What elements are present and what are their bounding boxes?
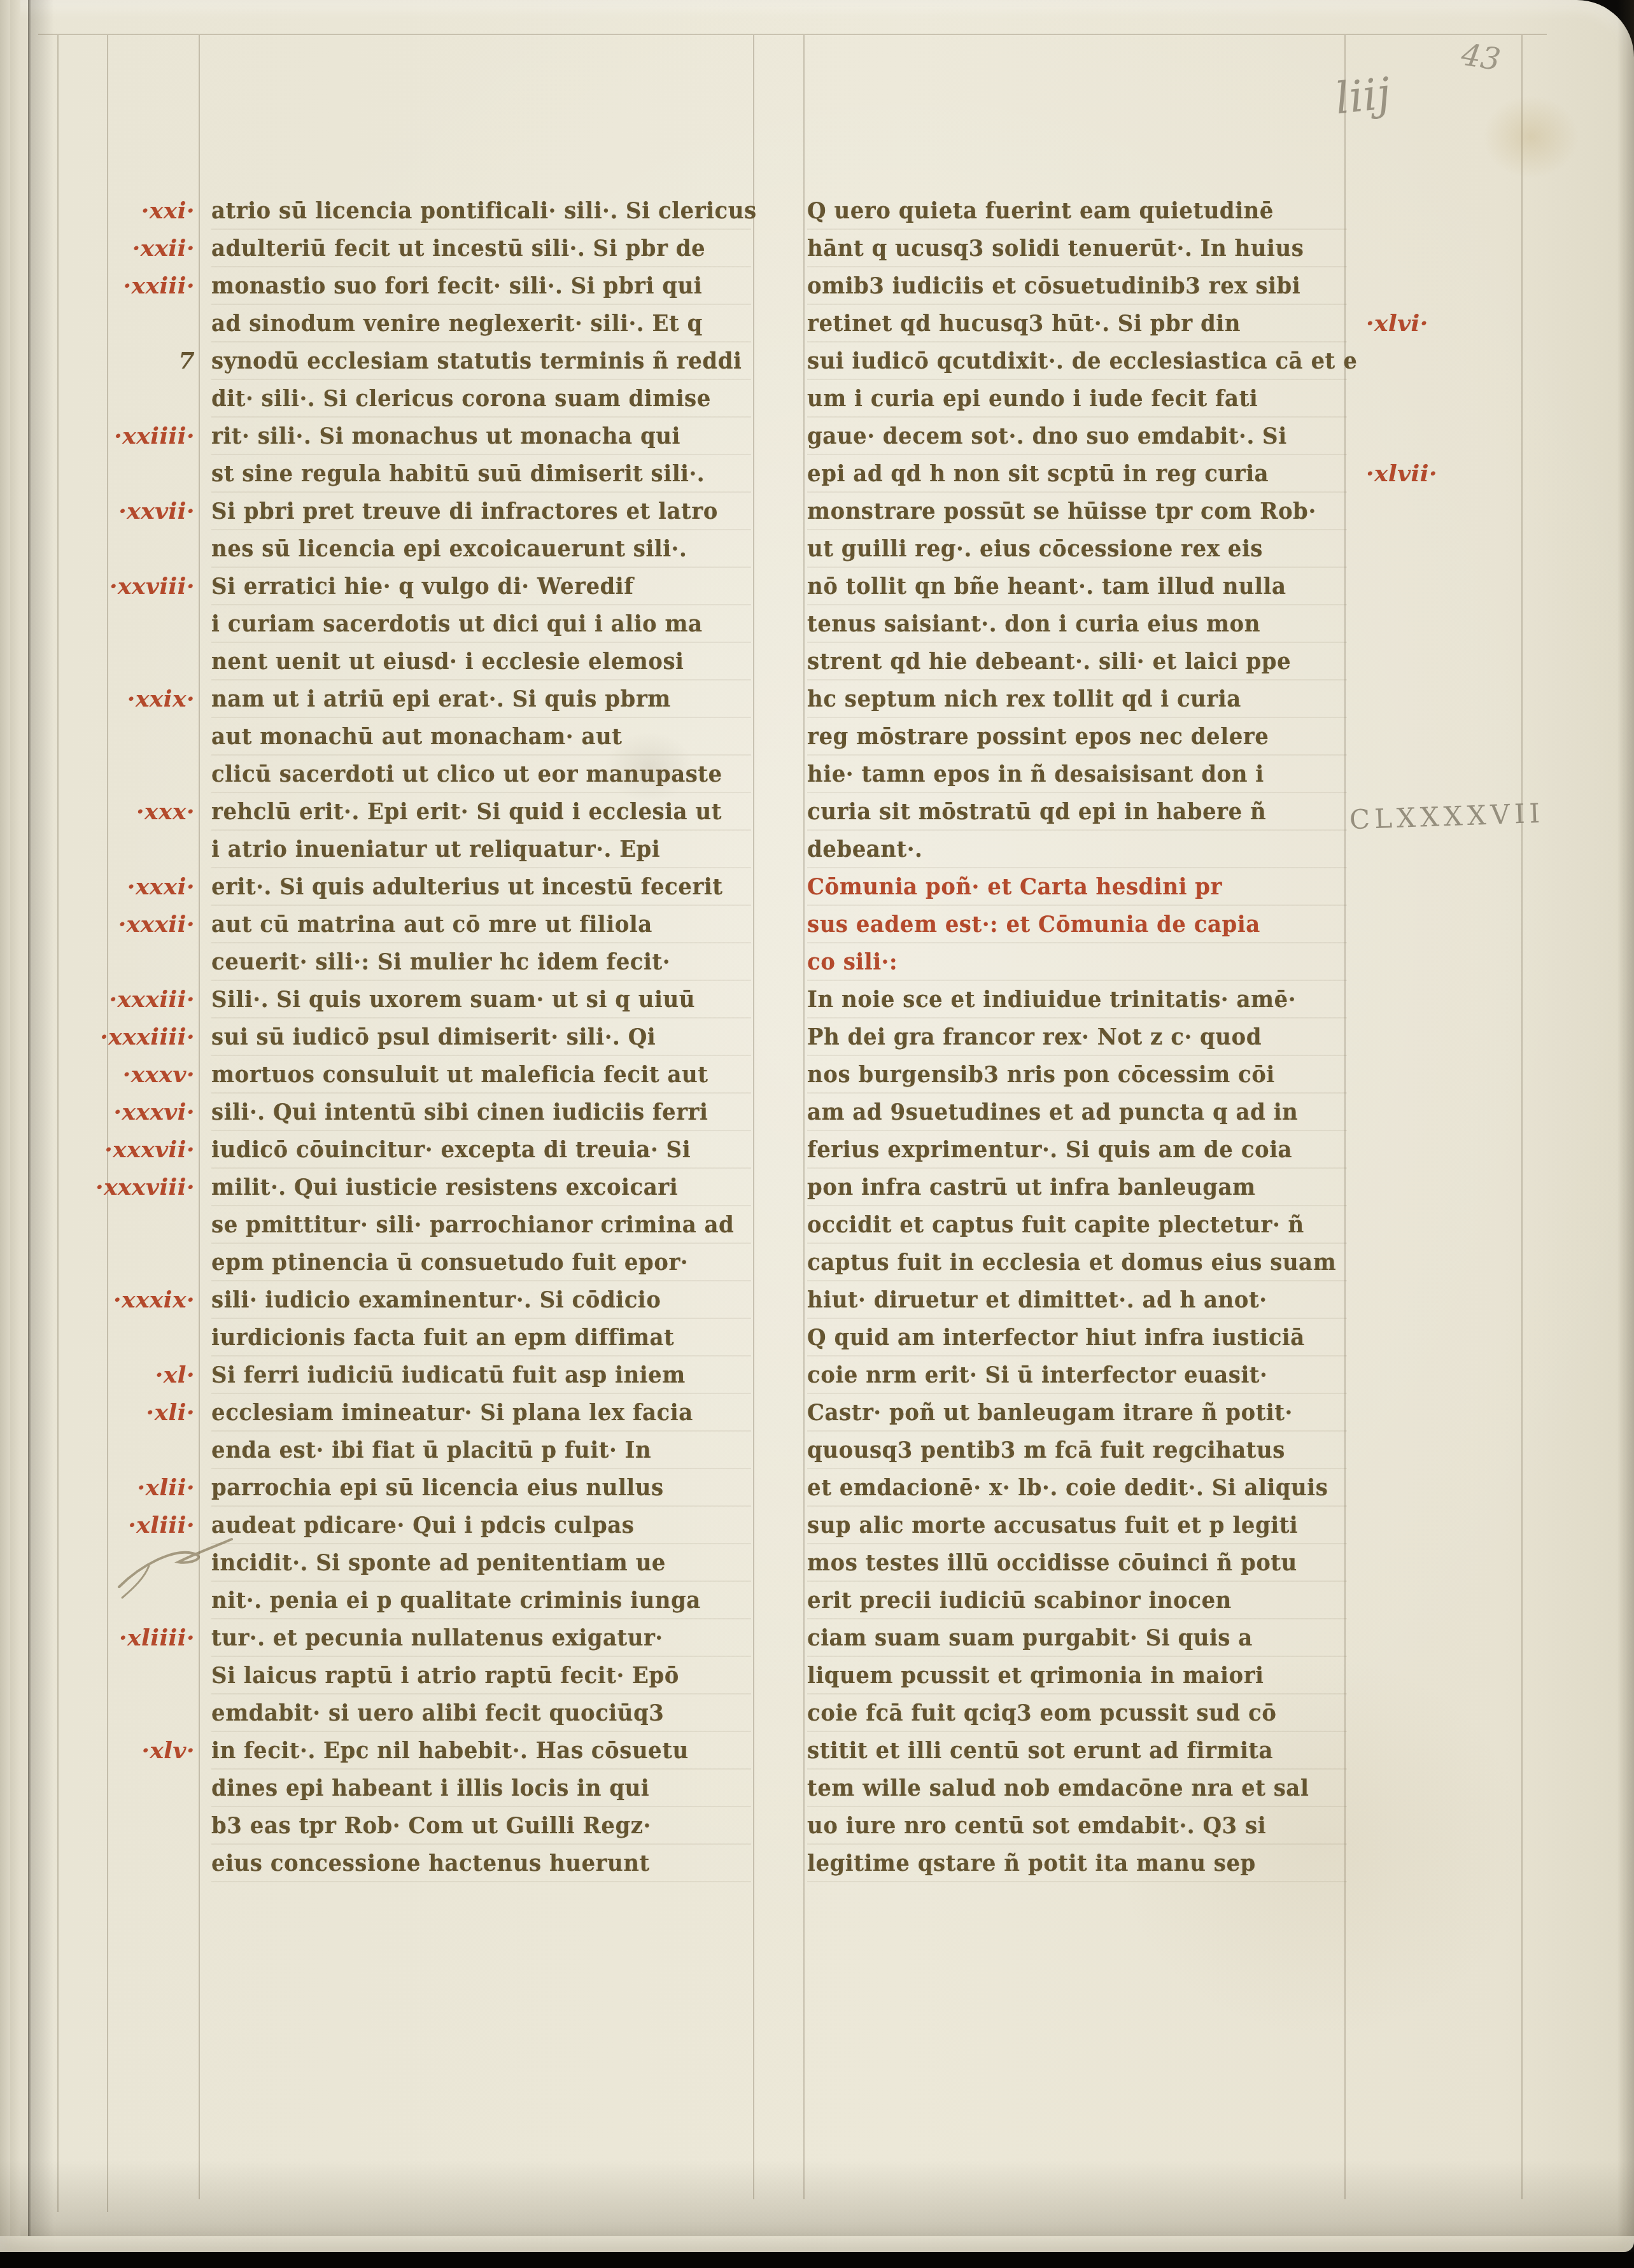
text-line: enda est· ibi fiat ū placitū p fuit· In bbox=[211, 1432, 751, 1469]
text-line: epi ad qd h non sit scptū in reg curia·x… bbox=[807, 455, 1347, 493]
margin-numeral: ·xxxviii· bbox=[95, 1169, 195, 1206]
line-text: iurdicionis facta fuit an epm diffimat bbox=[211, 1318, 674, 1358]
text-line: epm ptinencia ū consuetudo fuit epor· bbox=[211, 1244, 751, 1281]
line-text: quousq3 pentib3 m fcā fuit regcihatus bbox=[807, 1430, 1285, 1470]
text-line: ·xxix·nam ut i atriū epi erat·. Si quis … bbox=[211, 680, 751, 718]
text-line: se pmittitur· sili· parrochianor crimina… bbox=[211, 1206, 751, 1244]
line-text: Si erratici hie· q vulgo di· Weredif bbox=[211, 567, 633, 607]
line-text: synodū ecclesiam statutis terminis ñ red… bbox=[211, 341, 742, 381]
rubric-line: co sili·: bbox=[807, 943, 1347, 981]
line-text: Ph dei gra francor rex· Not z c· quod bbox=[807, 1017, 1262, 1057]
parchment-stain bbox=[1483, 95, 1579, 178]
text-line: Q quid am interfector hiut infra iustici… bbox=[807, 1319, 1347, 1356]
line-text: erit·. Si quis adulterius ut incestū fec… bbox=[211, 867, 722, 907]
line-text: enda est· ibi fiat ū placitū p fuit· In bbox=[211, 1430, 651, 1470]
text-line: ·xxxvii·iudicō cōuincitur· excepta di tr… bbox=[211, 1131, 751, 1169]
line-text: captus fuit in ecclesia et domus eius su… bbox=[807, 1243, 1336, 1283]
line-text: parrochia epi sū licencia eius nullus bbox=[211, 1468, 664, 1508]
line-text: nos burgensib3 nris pon cōcessim cōi bbox=[807, 1055, 1275, 1095]
line-text: Si laicus raptū i atrio raptū fecit· Epō bbox=[211, 1656, 679, 1696]
line-text: Si pbri pret treuve di infractores et la… bbox=[211, 491, 718, 532]
line-text: rit· sili·. Si monachus ut monacha qui bbox=[211, 416, 680, 456]
line-text: liquem pcussit et qrimonia in maiori bbox=[807, 1656, 1264, 1696]
text-line: hie· tamn epos in ñ desaisisant don i bbox=[807, 756, 1347, 793]
line-text: hc septum nich rex tollit qd i curia bbox=[807, 679, 1241, 719]
text-line: dit· sili·. Si clericus corona suam dimi… bbox=[211, 380, 751, 418]
text-line: ciam suam suam purgabit· Si quis a bbox=[807, 1619, 1347, 1657]
text-line: nō tollit qn bñe heant·. tam illud nulla bbox=[807, 568, 1347, 605]
text-line: ·xlii·parrochia epi sū licencia eius nul… bbox=[211, 1469, 751, 1507]
text-line: ·xxxix·sili· iudicio examinentur·. Si cō… bbox=[211, 1281, 751, 1319]
text-line: ad sinodum venire neglexerit· sili·. Et … bbox=[211, 305, 751, 342]
text-line: ·xli·ecclesiam imineatur· Si plana lex f… bbox=[211, 1394, 751, 1432]
text-line: nos burgensib3 nris pon cōcessim cōi bbox=[807, 1056, 1347, 1094]
line-text: in fecit·. Epc nil habebit·. Has cōsuetu bbox=[211, 1731, 689, 1771]
text-line: debeant·. bbox=[807, 831, 1347, 868]
line-text: In noie sce et indiuidue trinitatis· amē… bbox=[807, 980, 1296, 1020]
gutter-fold-shadow bbox=[32, 0, 53, 2236]
line-text: strent qd hie debeant·. sili· et laici p… bbox=[807, 642, 1291, 682]
text-line: Castr· poñ ut banleugam itrare ñ potit· bbox=[807, 1394, 1347, 1432]
margin-numeral: ·xxix· bbox=[127, 680, 195, 718]
line-text: stitit et illi centū sot erunt ad firmit… bbox=[807, 1731, 1273, 1771]
margin-numeral: ·xxxi· bbox=[127, 868, 195, 906]
ruling-line-vertical bbox=[803, 35, 805, 2199]
ruling-line-vertical bbox=[753, 35, 754, 2199]
line-text: nam ut i atriū epi erat·. Si quis pbrm bbox=[211, 679, 671, 719]
text-line: omib3 iudiciis et cōsuetudinib3 rex sibi bbox=[807, 267, 1347, 305]
text-line: eius concessione hactenus huerunt bbox=[211, 1845, 751, 1882]
text-line: ferius exprimentur·. Si quis am de coia bbox=[807, 1131, 1347, 1169]
text-line: strent qd hie debeant·. sili· et laici p… bbox=[807, 643, 1347, 680]
line-text: se pmittitur· sili· parrochianor crimina… bbox=[211, 1205, 734, 1245]
margin-numeral: ·xxxix· bbox=[113, 1281, 195, 1319]
line-text: nit·. penia ei p qualitate criminis iung… bbox=[211, 1581, 701, 1621]
line-text: Sili·. Si quis uxorem suam· ut si q uiuū bbox=[211, 980, 695, 1020]
line-text: tem wille salud nob emdacōne nra et sal bbox=[807, 1768, 1309, 1808]
line-text: gaue· decem sot·. dno suo emdabit·. Si bbox=[807, 416, 1287, 456]
text-line: gaue· decem sot·. dno suo emdabit·. Si bbox=[807, 418, 1347, 455]
text-line: ·xxviii·Si erratici hie· q vulgo di· Wer… bbox=[211, 568, 751, 605]
text-line: incidit·. Si sponte ad penitentiam ue bbox=[211, 1544, 751, 1582]
line-text: uo iure nro centū sot emdabit·. Q3 si bbox=[807, 1806, 1266, 1846]
text-line: ·xliiii·tur·. et pecunia nullatenus exig… bbox=[211, 1619, 751, 1657]
line-text: ut guilli reg·. eius cōcessione rex eis bbox=[807, 529, 1263, 569]
margin-numeral: ·xxxvii· bbox=[104, 1131, 195, 1169]
text-line: am ad 9suetudines et ad puncta q ad in bbox=[807, 1094, 1347, 1131]
line-text: pon infra castrū ut infra banleugam bbox=[807, 1167, 1255, 1208]
line-text: tur·. et pecunia nullatenus exigatur· bbox=[211, 1618, 663, 1658]
text-line: stitit et illi centū sot erunt ad firmit… bbox=[807, 1732, 1347, 1770]
page-right-shadow bbox=[1617, 0, 1634, 2236]
line-text: i curiam sacerdotis ut dici qui i alio m… bbox=[211, 604, 703, 644]
text-line: ·xlv·in fecit·. Epc nil habebit·. Has cō… bbox=[211, 1732, 751, 1770]
folio-number-pencil: 43 bbox=[1459, 37, 1503, 78]
line-text: st sine regula habitū suū dimiserit sili… bbox=[211, 454, 705, 494]
margin-numeral: ·xxxvi· bbox=[113, 1094, 195, 1131]
text-line: Si laicus raptū i atrio raptū fecit· Epō bbox=[211, 1657, 751, 1694]
line-text: hānt q ucusq3 solidi tenuerūt·. In huius bbox=[807, 229, 1304, 269]
line-text: aut monachū aut monacham· aut bbox=[211, 717, 622, 757]
line-text: debeant·. bbox=[807, 829, 922, 870]
line-text: am ad 9suetudines et ad puncta q ad in bbox=[807, 1092, 1298, 1132]
margin-numeral: ·xxviii· bbox=[109, 568, 195, 605]
line-text: ciam suam suam purgabit· Si quis a bbox=[807, 1618, 1253, 1658]
quire-mark-pencil: liij bbox=[1333, 69, 1393, 125]
text-line: et emdacionē· x· lb·. coie dedit·. Si al… bbox=[807, 1469, 1347, 1507]
line-text: audeat pdicare· Qui i pdcis culpas bbox=[211, 1505, 634, 1546]
text-line: emdabit· si uero alibi fecit quociūq3 bbox=[211, 1694, 751, 1732]
margin-numeral: ·xxi· bbox=[141, 192, 195, 230]
text-line: nent uenit ut eiusd· i ecclesie elemosi bbox=[211, 643, 751, 680]
text-line: ·xl·Si ferri iudiciū iudicatū fuit asp i… bbox=[211, 1356, 751, 1394]
text-line: ut guilli reg·. eius cōcessione rex eis bbox=[807, 530, 1347, 568]
margin-numeral: ·xxxiiii· bbox=[100, 1018, 195, 1056]
margin-numeral: ·xxx· bbox=[136, 793, 195, 831]
line-text: nent uenit ut eiusd· i ecclesie elemosi bbox=[211, 642, 684, 682]
line-text: clicū sacerdoti ut clico ut eor manupast… bbox=[211, 754, 722, 794]
text-line: aut monachū aut monacham· aut bbox=[211, 718, 751, 756]
ruling-line-vertical bbox=[199, 35, 200, 2199]
text-line: curia sit mōstratū qd epi in habere ñ bbox=[807, 793, 1347, 831]
text-line: Ph dei gra francor rex· Not z c· quod bbox=[807, 1018, 1347, 1056]
line-text: eius concessione hactenus huerunt bbox=[211, 1843, 650, 1884]
rubric-line: sus eadem est·: et Cōmunia de capia bbox=[807, 906, 1347, 943]
text-line: nit·. penia ei p qualitate criminis iung… bbox=[211, 1582, 751, 1619]
text-line: ·xliii·audeat pdicare· Qui i pdcis culpa… bbox=[211, 1507, 751, 1544]
line-text: ferius exprimentur·. Si quis am de coia bbox=[807, 1130, 1292, 1170]
line-text: hiut· diruetur et dimittet·. ad h anot· bbox=[807, 1280, 1267, 1320]
text-line: hc septum nich rex tollit qd i curia bbox=[807, 680, 1347, 718]
photo-background-band bbox=[0, 2252, 1634, 2268]
margin-numeral: ·xliiii· bbox=[119, 1619, 195, 1657]
text-line: coie nrm erit· Si ū interfector euasit· bbox=[807, 1356, 1347, 1394]
gutter-page-edge bbox=[10, 0, 20, 2236]
ruling-line-vertical bbox=[57, 35, 59, 2212]
margin-numeral: ·xxiii· bbox=[123, 267, 195, 305]
text-line: b3 eas tpr Rob· Com ut Guilli Regz· bbox=[211, 1807, 751, 1845]
ruling-line-vertical bbox=[107, 35, 108, 2212]
text-line: legitime qstare ñ potit ita manu sep bbox=[807, 1845, 1347, 1882]
margin-numeral: ·xxiiii· bbox=[114, 418, 195, 455]
line-text: nes sū licencia epi excoicauerunt sili·. bbox=[211, 529, 687, 569]
text-line: quousq3 pentib3 m fcā fuit regcihatus bbox=[807, 1432, 1347, 1469]
text-line: hānt q ucusq3 solidi tenuerūt·. In huius bbox=[807, 230, 1347, 267]
text-line: i curiam sacerdotis ut dici qui i alio m… bbox=[211, 605, 751, 643]
gutter-page-edge bbox=[0, 0, 10, 2236]
line-text: co sili·: bbox=[807, 942, 898, 982]
line-text: occidit et captus fuit capite plectetur·… bbox=[807, 1205, 1304, 1245]
line-text: hie· tamn epos in ñ desaisisant don i bbox=[807, 754, 1264, 794]
line-text: dit· sili·. Si clericus corona suam dimi… bbox=[211, 379, 711, 419]
text-line: sui iudicō qcutdixit·. de ecclesiastica … bbox=[807, 342, 1347, 380]
line-text: Q quid am interfector hiut infra iustici… bbox=[807, 1318, 1305, 1358]
text-line: hiut· diruetur et dimittet·. ad h anot· bbox=[807, 1281, 1347, 1319]
text-line: ·xxii·adulteriū fecit ut incestū sili·. … bbox=[211, 230, 751, 267]
rubric-line: Cōmunia poñ· et Carta hesdini pr bbox=[807, 868, 1347, 906]
ruling-line-vertical bbox=[1521, 35, 1523, 2199]
line-text: atrio sū licencia pontificali· sili·. Si… bbox=[211, 191, 757, 231]
line-text: tenus saisiant·. don i curia eius mon bbox=[807, 604, 1260, 644]
text-line: monstrare possūt se hūisse tpr com Rob· bbox=[807, 493, 1347, 530]
text-line: liquem pcussit et qrimonia in maiori bbox=[807, 1657, 1347, 1694]
line-text: legitime qstare ñ potit ita manu sep bbox=[807, 1843, 1256, 1884]
text-line: captus fuit in ecclesia et domus eius su… bbox=[807, 1244, 1347, 1281]
text-line: Q uero quieta fuerint eam quietudinē bbox=[807, 192, 1347, 230]
line-text: et emdacionē· x· lb·. coie dedit·. Si al… bbox=[807, 1468, 1328, 1508]
text-line: ·xxxi·erit·. Si quis adulterius ut inces… bbox=[211, 868, 751, 906]
margin-numeral: ·xlvii· bbox=[1366, 455, 1437, 493]
line-text: coie nrm erit· Si ū interfector euasit· bbox=[807, 1355, 1267, 1395]
text-line: sup alic morte accusatus fuit et p legit… bbox=[807, 1507, 1347, 1544]
text-line: occidit et captus fuit capite plectetur·… bbox=[807, 1206, 1347, 1244]
text-line: reg mōstrare possint epos nec delere bbox=[807, 718, 1347, 756]
line-text: retinet qd hucusq3 hūt·. Si pbr din bbox=[807, 304, 1241, 344]
line-text: reg mōstrare possint epos nec delere bbox=[807, 717, 1269, 757]
line-text: aut cū matrina aut cō mre ut filiola bbox=[211, 905, 652, 945]
line-text: ad sinodum venire neglexerit· sili·. Et … bbox=[211, 304, 703, 344]
text-line: tem wille salud nob emdacōne nra et sal bbox=[807, 1770, 1347, 1807]
margin-numeral: 7 bbox=[178, 342, 195, 380]
text-line: erit precii iudiciū scabinor inocen bbox=[807, 1582, 1347, 1619]
line-text: monastio suo fori fecit· sili·. Si pbri … bbox=[211, 266, 702, 306]
text-line: ·xxx·rehclū erit·. Epi erit· Si quid i e… bbox=[211, 793, 751, 831]
text-line: ·xxxviii·milit·. Qui iusticie resistens … bbox=[211, 1169, 751, 1206]
line-text: Si ferri iudiciū iudicatū fuit asp iniem bbox=[211, 1355, 686, 1395]
line-text: rehclū erit·. Epi erit· Si quid i eccles… bbox=[211, 792, 722, 832]
margin-numeral: ·xli· bbox=[146, 1394, 195, 1432]
line-text: epi ad qd h non sit scptū in reg curia bbox=[807, 454, 1269, 494]
margin-numeral: ·xlvi· bbox=[1366, 305, 1428, 342]
line-text: sili·. Qui intentū sibi cinen iudiciis f… bbox=[211, 1092, 708, 1132]
text-line: i atrio inueniatur ut reliquatur·. Epi bbox=[211, 831, 751, 868]
line-text: epm ptinencia ū consuetudo fuit epor· bbox=[211, 1243, 688, 1283]
text-line: pon infra castrū ut infra banleugam bbox=[807, 1169, 1347, 1206]
text-line: st sine regula habitū suū dimiserit sili… bbox=[211, 455, 751, 493]
text-line: dines epi habeant i illis locis in qui bbox=[211, 1770, 751, 1807]
text-line: nes sū licencia epi excoicauerunt sili·. bbox=[211, 530, 751, 568]
line-text: Q uero quieta fuerint eam quietudinē bbox=[807, 191, 1274, 231]
line-text: coie fcā fuit qciq3 eom pcussit sud cō bbox=[807, 1693, 1276, 1733]
ruling-line-horizontal bbox=[38, 34, 1547, 35]
line-text: adulteriū fecit ut incestū sili·. Si pbr… bbox=[211, 229, 705, 269]
line-text: i atrio inueniatur ut reliquatur·. Epi bbox=[211, 829, 660, 870]
line-text: iudicō cōuincitur· excepta di treuia· Si bbox=[211, 1130, 691, 1170]
line-text: um i curia epi eundo i iude fecit fati bbox=[807, 379, 1258, 419]
line-text: dines epi habeant i illis locis in qui bbox=[211, 1768, 649, 1808]
manuscript-page: ·xxi·atrio sū licencia pontificali· sili… bbox=[0, 0, 1634, 2252]
line-text: sui iudicō qcutdixit·. de ecclesiastica … bbox=[807, 341, 1357, 381]
text-line: ·xxiii·monastio suo fori fecit· sili·. S… bbox=[211, 267, 751, 305]
margin-numeral: ·xxxii· bbox=[118, 906, 195, 943]
line-text: sus eadem est·: et Cōmunia de capia bbox=[807, 905, 1260, 945]
margin-numeral: ·xlii· bbox=[137, 1469, 195, 1507]
text-line: ·xxvii·Si pbri pret treuve di infractore… bbox=[211, 493, 751, 530]
line-text: mortuos consuluit ut maleficia fecit aut bbox=[211, 1055, 708, 1095]
line-text: b3 eas tpr Rob· Com ut Guilli Regz· bbox=[211, 1806, 651, 1846]
line-text: Cōmunia poñ· et Carta hesdini pr bbox=[807, 867, 1222, 907]
line-text: Castr· poñ ut banleugam itrare ñ potit· bbox=[807, 1393, 1293, 1433]
margin-numeral: ·xxxv· bbox=[123, 1056, 195, 1094]
text-line: ·xxxii·aut cū matrina aut cō mre ut fili… bbox=[211, 906, 751, 943]
line-text: sui sū iudicō psul dimiserit· sili·. Qi bbox=[211, 1017, 656, 1057]
line-text: milit·. Qui iusticie resistens excoicari bbox=[211, 1167, 678, 1208]
left-text-column: ·xxi·atrio sū licencia pontificali· sili… bbox=[211, 192, 751, 1882]
line-text: sup alic morte accusatus fuit et p legit… bbox=[807, 1505, 1298, 1546]
text-line: ·xxi·atrio sū licencia pontificali· sili… bbox=[211, 192, 751, 230]
text-line: ·xxiiii·rit· sili·. Si monachus ut monac… bbox=[211, 418, 751, 455]
text-line: 7synodū ecclesiam statutis terminis ñ re… bbox=[211, 342, 751, 380]
line-text: ecclesiam imineatur· Si plana lex facia bbox=[211, 1393, 693, 1433]
text-line: clicū sacerdoti ut clico ut eor manupast… bbox=[211, 756, 751, 793]
line-text: mos testes illū occidisse cōuinci ñ potu bbox=[807, 1543, 1297, 1583]
text-line: iurdicionis facta fuit an epm diffimat bbox=[211, 1319, 751, 1356]
margin-numeral: ·xxvii· bbox=[118, 493, 195, 530]
text-line: uo iure nro centū sot emdabit·. Q3 si bbox=[807, 1807, 1347, 1845]
margin-numeral: ·xlv· bbox=[141, 1732, 195, 1770]
page-bottom-shadow bbox=[0, 2160, 1634, 2236]
text-line: ceuerit· sili·: Si mulier hc idem fecit· bbox=[211, 943, 751, 981]
line-text: ceuerit· sili·: Si mulier hc idem fecit· bbox=[211, 942, 670, 982]
line-text: curia sit mōstratū qd epi in habere ñ bbox=[807, 792, 1266, 832]
line-text: incidit·. Si sponte ad penitentiam ue bbox=[211, 1543, 666, 1583]
right-text-column: Q uero quieta fuerint eam quietudinēhānt… bbox=[807, 192, 1347, 1882]
manuscript-photo: ·xxi·atrio sū licencia pontificali· sili… bbox=[0, 0, 1634, 2268]
margin-numeral: ·xl· bbox=[155, 1356, 195, 1394]
margin-numeral: ·xxxiii· bbox=[109, 981, 195, 1018]
line-text: erit precii iudiciū scabinor inocen bbox=[807, 1581, 1232, 1621]
text-line: mos testes illū occidisse cōuinci ñ potu bbox=[807, 1544, 1347, 1582]
line-text: nō tollit qn bñe heant·. tam illud nulla bbox=[807, 567, 1286, 607]
line-text: emdabit· si uero alibi fecit quociūq3 bbox=[211, 1693, 664, 1733]
margin-numeral: ·xxii· bbox=[132, 230, 195, 267]
text-line: ·xxxv·mortuos consuluit ut maleficia fec… bbox=[211, 1056, 751, 1094]
text-line: In noie sce et indiuidue trinitatis· amē… bbox=[807, 981, 1347, 1018]
text-line: ·xxxvi·sili·. Qui intentū sibi cinen iud… bbox=[211, 1094, 751, 1131]
pen-trial-mark bbox=[116, 1526, 237, 1603]
text-line: um i curia epi eundo i iude fecit fati bbox=[807, 380, 1347, 418]
text-line: tenus saisiant·. don i curia eius mon bbox=[807, 605, 1347, 643]
line-text: omib3 iudiciis et cōsuetudinib3 rex sibi bbox=[807, 266, 1300, 306]
text-line: retinet qd hucusq3 hūt·. Si pbr din·xlvi… bbox=[807, 305, 1347, 342]
line-text: monstrare possūt se hūisse tpr com Rob· bbox=[807, 491, 1316, 532]
line-text: sili· iudicio examinentur·. Si cōdicio bbox=[211, 1280, 661, 1320]
text-line: ·xxxiiii·sui sū iudicō psul dimiserit· s… bbox=[211, 1018, 751, 1056]
text-line: ·xxxiii·Sili·. Si quis uxorem suam· ut s… bbox=[211, 981, 751, 1018]
margin-note-pencil: CLXXXXVII bbox=[1349, 798, 1545, 836]
text-line: coie fcā fuit qciq3 eom pcussit sud cō bbox=[807, 1694, 1347, 1732]
